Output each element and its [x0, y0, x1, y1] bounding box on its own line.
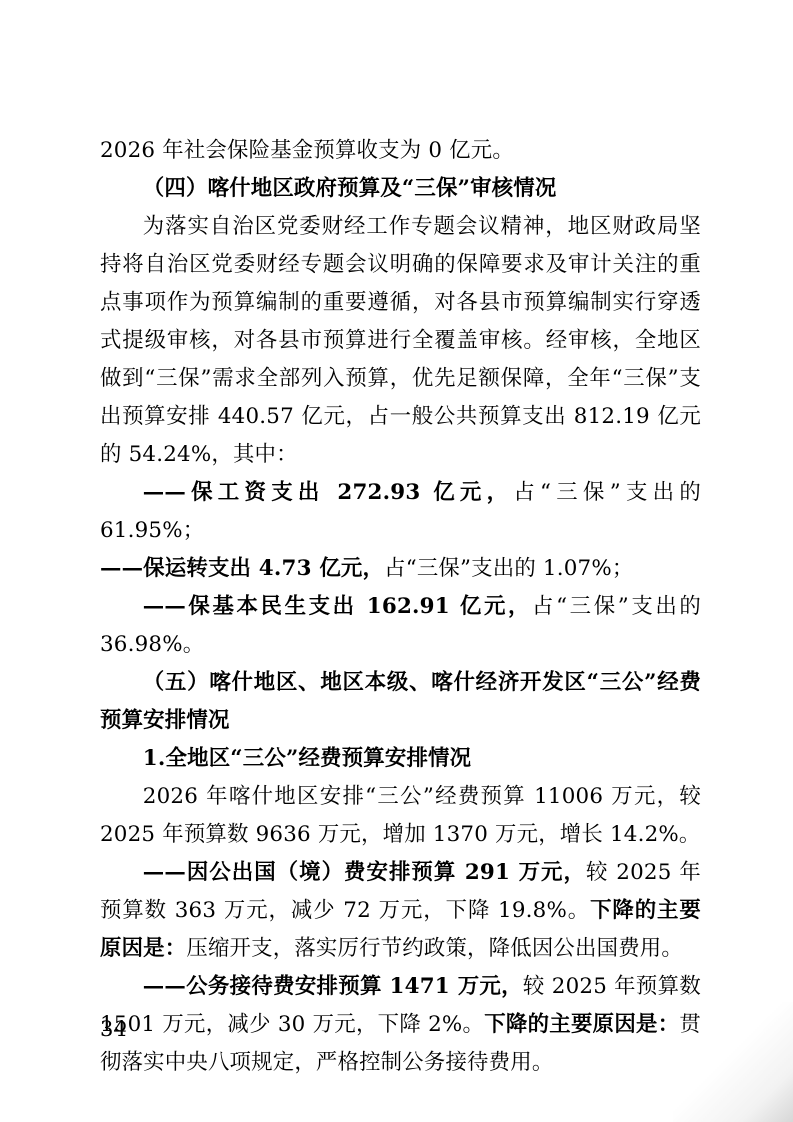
text-run: （五）喀什地区、地区本级、喀什经济开发区“三公”经费预算安排情况	[100, 670, 701, 733]
text-run: ——公务接待费安排预算 1471 万元，	[143, 974, 523, 999]
item-operation-guarantee: ——保运转支出 4.73 亿元，占“三保”支出的 1.07%；	[100, 550, 701, 588]
heading-subsection-1: 1.全地区“三公”经费预算安排情况	[100, 740, 701, 778]
text-run: ——保运转支出 4.73 亿元，	[100, 556, 384, 581]
text-run: 2026 年喀什地区安排“三公”经费预算 11006 万元，较 2025 年预算…	[100, 784, 701, 847]
heading-section-4: （四）喀什地区政府预算及“三保”审核情况	[100, 170, 701, 208]
text-run: （四）喀什地区政府预算及“三保”审核情况	[143, 176, 557, 201]
item-livelihood-guarantee: ——保基本民生支出 162.91 亿元，占“三保”支出的 36.98%。	[100, 588, 701, 664]
document-page: 2026 年社会保险基金预算收支为 0 亿元。（四）喀什地区政府预算及“三保”审…	[0, 0, 793, 1122]
document-body: 2026 年社会保险基金预算收支为 0 亿元。（四）喀什地区政府预算及“三保”审…	[100, 132, 701, 1082]
text-run: ——因公出国（境）费安排预算 291 万元，	[143, 860, 586, 885]
text-run: 1.全地区“三公”经费预算安排情况	[143, 746, 471, 771]
text-run: 2026 年社会保险基金预算收支为 0 亿元。	[100, 138, 514, 163]
text-run: 下降的主要原因是：	[484, 1012, 679, 1037]
text-run: ——保工资支出 272.93 亿元，	[143, 480, 514, 505]
text-run: ——保基本民生支出 162.91 亿元，	[143, 594, 532, 619]
para-three-public-budget: 2026 年喀什地区安排“三公”经费预算 11006 万元，较 2025 年预算…	[100, 778, 701, 854]
heading-section-5: （五）喀什地区、地区本级、喀什经济开发区“三公”经费预算安排情况	[100, 664, 701, 740]
text-run: 占“三保”支出的 1.07%；	[384, 556, 633, 581]
item-overseas-travel: ——因公出国（境）费安排预算 291 万元，较 2025 年预算数 363 万元…	[100, 854, 701, 968]
para-social-insurance-continuation: 2026 年社会保险基金预算收支为 0 亿元。	[100, 132, 701, 170]
item-official-reception: ——公务接待费安排预算 1471 万元，较 2025 年预算数 1501 万元，…	[100, 968, 701, 1082]
para-three-guarantees-review: 为落实自治区党委财经工作专题会议精神，地区财政局坚持将自治区党委财经专题会议明确…	[100, 208, 701, 474]
item-salary-guarantee: ——保工资支出 272.93 亿元，占“三保”支出的 61.95%；	[100, 474, 701, 550]
text-run: 压缩开支，落实厉行节约政策，降低因公出国费用。	[186, 936, 683, 961]
page-number: 34	[100, 1014, 127, 1044]
text-run: 为落实自治区党委财经工作专题会议精神，地区财政局坚持将自治区党委财经专题会议明确…	[100, 214, 701, 467]
